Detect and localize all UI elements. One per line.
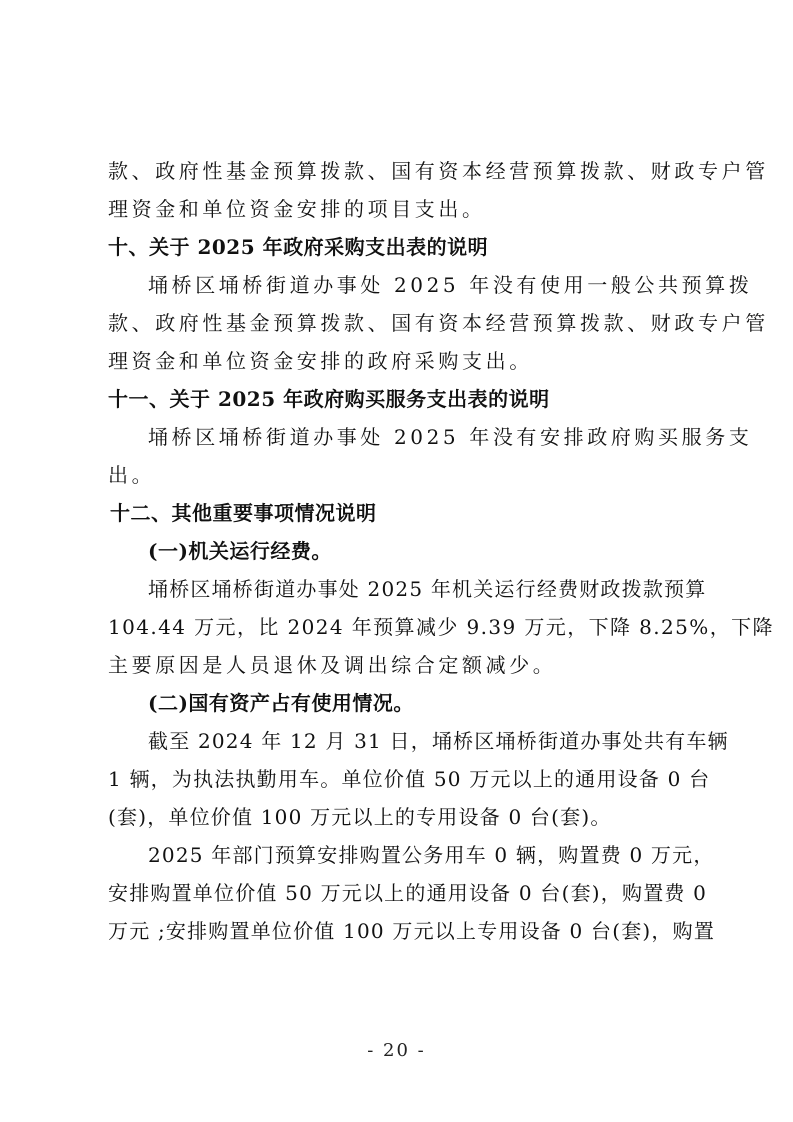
body-text-line: 万元 ;安排购置单位价值 100 万元以上专用设备 0 台(套)，购置 [108, 912, 692, 950]
body-text-line: 埇桥区埇桥街道办事处 2025 年没有安排政府购买服务支 [108, 418, 692, 456]
body-text-line: (套)，单位价值 100 万元以上的专用设备 0 台(套)。 [108, 798, 692, 836]
body-text-line: 款、政府性基金预算拨款、国有资本经营预算拨款、财政专户管 [108, 152, 692, 190]
body-text-line: 安排购置单位价值 50 万元以上的通用设备 0 台(套)，购置费 0 [108, 874, 692, 912]
body-text-line: 104.44 万元，比 2024 年预算减少 9.39 万元，下降 8.25%，… [108, 608, 692, 646]
body-text-line: 埇桥区埇桥街道办事处 2025 年没有使用一般公共预算拨 [108, 266, 692, 304]
body-text-line: 埇桥区埇桥街道办事处 2025 年机关运行经费财政拨款预算 [108, 570, 692, 608]
body-text-line: 理资金和单位资金安排的项目支出。 [108, 190, 692, 228]
document-page: 款、政府性基金预算拨款、国有资本经营预算拨款、财政专户管 理资金和单位资金安排的… [108, 152, 692, 950]
body-text-line: 1 辆，为执法执勤用车。单位价值 50 万元以上的通用设备 0 台 [108, 760, 692, 798]
page-number: - 20 - [0, 1040, 793, 1061]
section-heading-11: 十一、关于 2025 年政府购买服务支出表的说明 [108, 380, 692, 418]
section-heading-12: 十二、其他重要事项情况说明 [108, 494, 692, 532]
body-text-line: 款、政府性基金预算拨款、国有资本经营预算拨款、财政专户管 [108, 304, 692, 342]
section-heading-10: 十、关于 2025 年政府采购支出表的说明 [108, 228, 692, 266]
body-text-line: 截至 2024 年 12 月 31 日，埇桥区埇桥街道办事处共有车辆 [108, 722, 692, 760]
body-text-line: 出。 [108, 456, 692, 494]
body-text-line: 2025 年部门预算安排购置公务用车 0 辆，购置费 0 万元， [108, 836, 692, 874]
subsection-heading-1: (一)机关运行经费。 [108, 532, 692, 570]
body-text-line: 主要原因是人员退休及调出综合定额减少。 [108, 646, 692, 684]
body-text-line: 理资金和单位资金安排的政府采购支出。 [108, 342, 692, 380]
subsection-heading-2: (二)国有资产占有使用情况。 [108, 684, 692, 722]
